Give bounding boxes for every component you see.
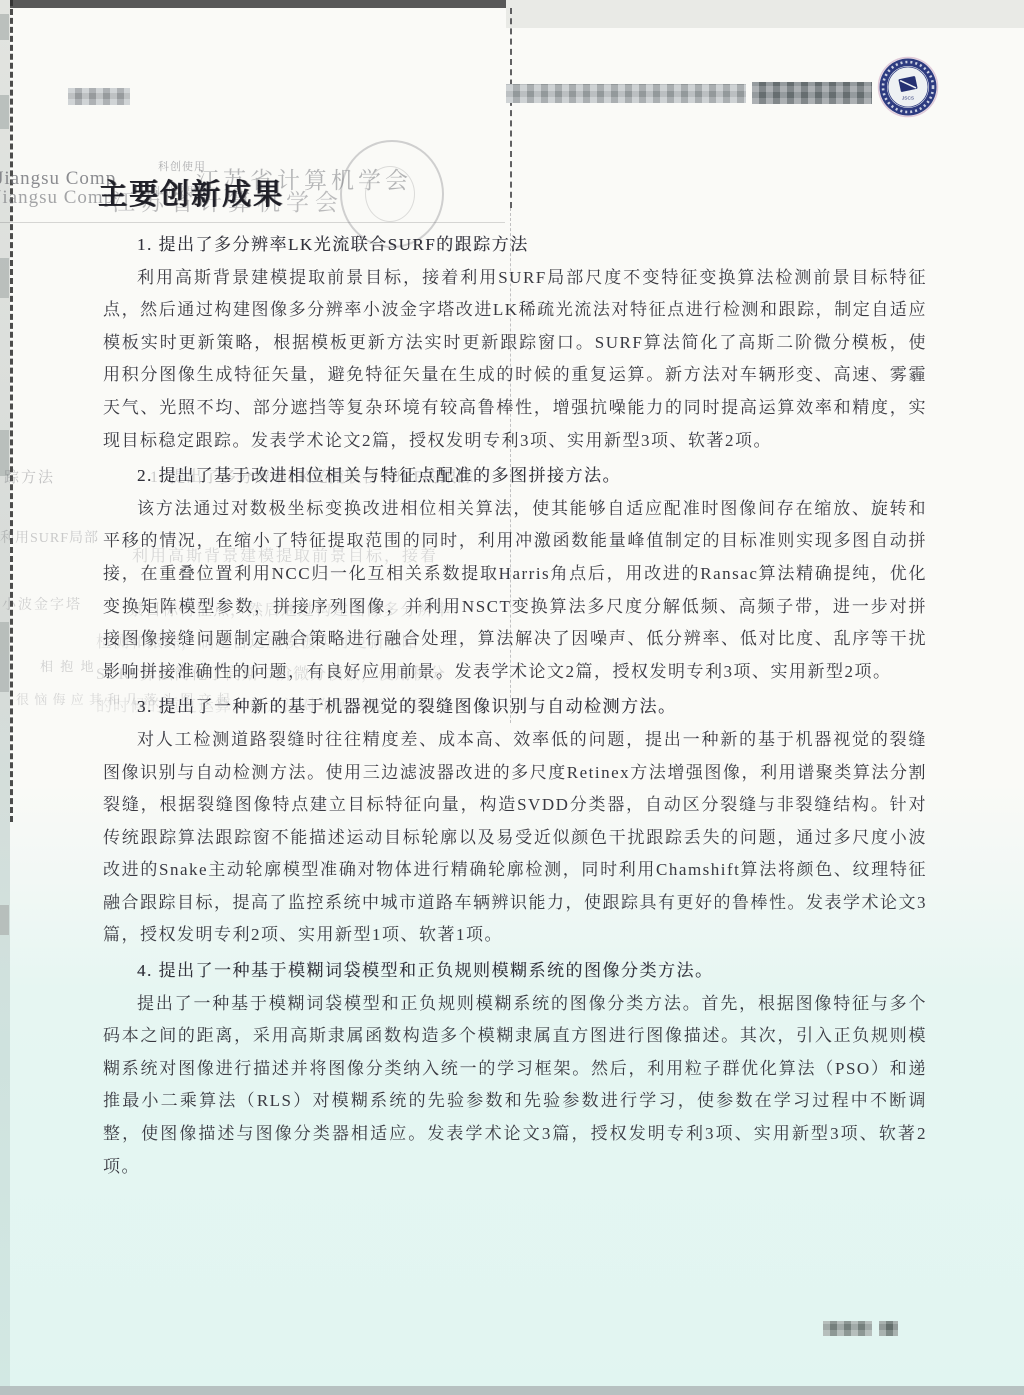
redacted-header-text-bold — [752, 82, 872, 104]
redacted-block-top-left — [68, 88, 130, 105]
section-paragraph-2: 该方法通过对数极坐标变换改进相位相关算法，使其能够自适应配准时图像间存在缩放、旋… — [103, 493, 927, 689]
section-heading-4: 4. 提出了一种基于模糊词袋模型和正负规则模糊系统的图像分类方法。 — [103, 955, 927, 988]
ghost-bleedthrough-text: 踪方法 — [4, 466, 55, 487]
ghost-bleedthrough-text: 小波金字塔 — [2, 594, 82, 614]
page-left-dashed-border — [10, 0, 13, 822]
section-heading-3: 3. 提出了一种新的基于机器视觉的裂缝图像识别与自动检测方法。 — [103, 691, 927, 724]
redacted-footer-text — [879, 1321, 898, 1336]
ghost-bleedthrough-text: 利用SURF局部 — [0, 527, 99, 547]
scan-edge-chip — [0, 905, 9, 935]
redacted-footer-text — [823, 1321, 872, 1336]
scan-edge-chip — [0, 258, 9, 298]
document-body: 1. 提出了多分辨率LK光流联合SURF的跟踪方法利用高斯背景建模提取前景目标，… — [103, 226, 927, 1183]
scanned-document-page: JSCS 主要创新成果 Jiangsu CompJiangsu Comp科创使用… — [0, 0, 1024, 1395]
section-heading-2: 2. 提出了基于改进相位相关与特征点配准的多图拼接方法。 — [103, 460, 927, 493]
document-title: 主要创新成果 — [98, 172, 284, 213]
section-heading-1: 1. 提出了多分辨率LK光流联合SURF的跟踪方法 — [103, 229, 927, 262]
section-paragraph-3: 对人工检测道路裂缝时往往精度差、成本高、效率低的问题，提出一种新的基于机器视觉的… — [103, 724, 927, 952]
section-paragraph-1: 利用高斯背景建模提取前景目标，接着利用SURF局部尺度不变特征变换算法检测前景目… — [103, 262, 927, 458]
jiangsu-computer-society-seal-logo: JSCS — [877, 56, 939, 118]
scan-edge-chip — [0, 622, 9, 692]
seal-icon: JSCS — [877, 56, 939, 118]
scan-edge-chip — [0, 95, 9, 129]
redacted-header-text — [506, 84, 746, 103]
seal-caption: JSCS — [902, 96, 914, 102]
scan-top-light-strip — [506, 0, 1024, 28]
ghost-bleedthrough-text: 相 抱 地 — [40, 656, 96, 675]
scan-top-dark-strip — [0, 0, 506, 8]
section-paragraph-4: 提出了一种基于模糊词袋模型和正负规则模糊系统的图像分类方法。首先，根据图像特征与… — [103, 988, 927, 1184]
scan-left-edge — [0, 0, 10, 1395]
scan-bottom-edge — [0, 1386, 1024, 1395]
scan-edge-chip — [0, 14, 9, 40]
page-fold-dashed-line — [510, 8, 512, 208]
